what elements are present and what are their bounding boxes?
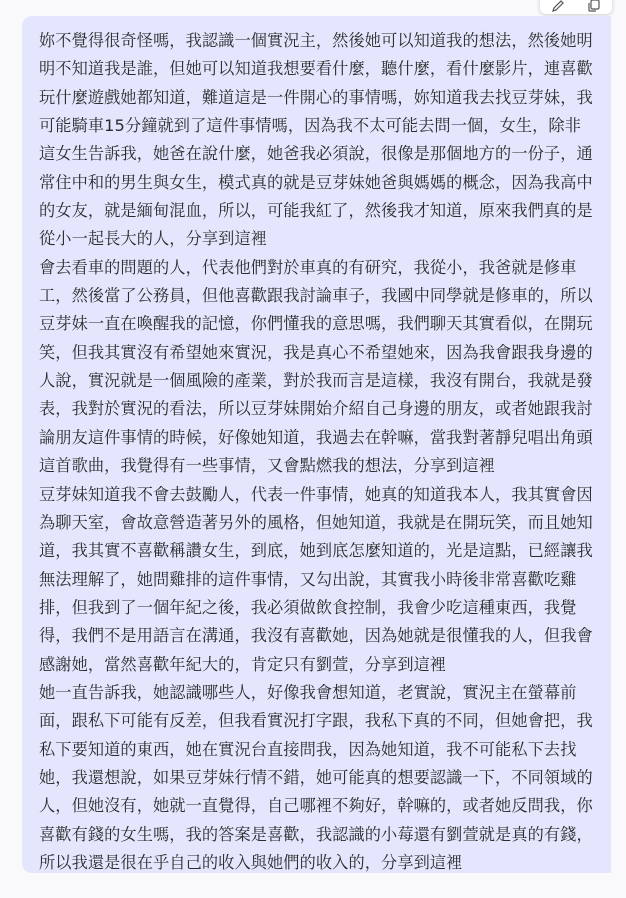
message-paragraph: 妳不覺得很奇怪嗎，我認識一個實況主，然後她可以知道我的想法，然後她明明不知道我是… <box>39 27 595 254</box>
message-paragraph: 她一直告訴我，她認識哪些人，好像我會想知道，老實說，實況主在螢幕前面，跟私下可能… <box>39 679 595 877</box>
message-paragraph: 會去看車的問題的人，代表他們對於車真的有研究，我從小，我爸就是修車工，然後當了公… <box>39 254 595 481</box>
user-message-bubble: 妳不覺得很奇怪嗎，我認識一個實況主，然後她可以知道我的想法，然後她明明不知道我是… <box>22 16 611 873</box>
copy-icon[interactable] <box>586 0 602 12</box>
message-action-bar <box>540 0 612 14</box>
edit-icon[interactable] <box>550 0 566 12</box>
message-paragraph: 豆芽妹知道我不會去鼓勵人，代表一件事情，她真的知道我本人，我其實會因為聊天室，會… <box>39 481 595 679</box>
